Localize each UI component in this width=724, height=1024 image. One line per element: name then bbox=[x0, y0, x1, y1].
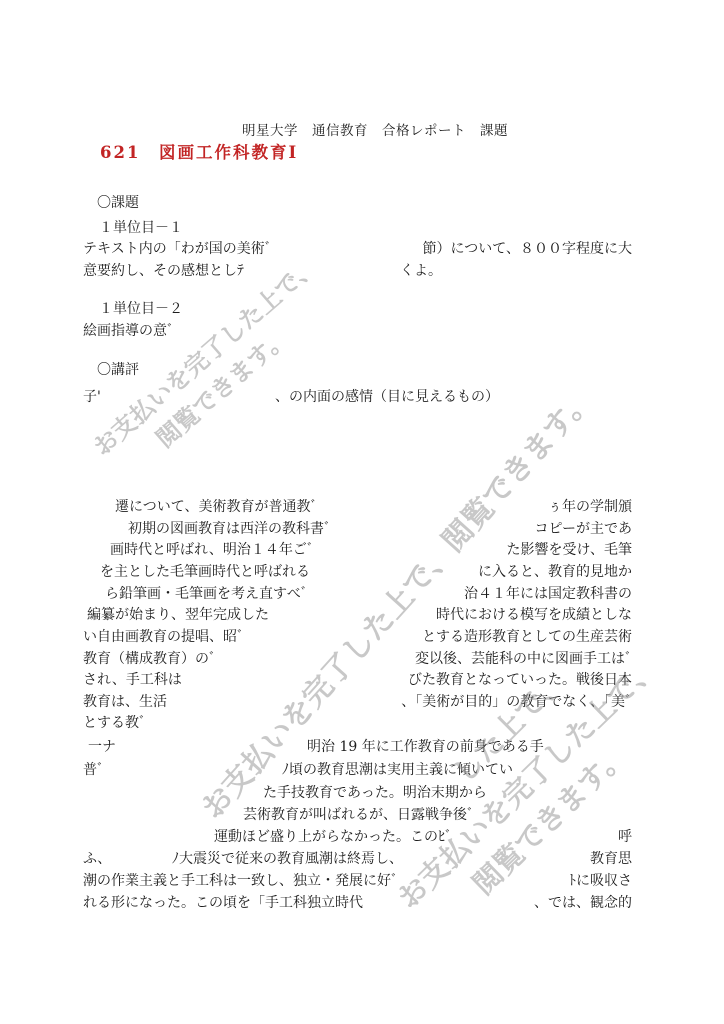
text-line: １単位目－１ bbox=[83, 218, 632, 239]
text-fragment: ら鉛筆画・毛筆画を考え直すべﾞ bbox=[105, 584, 308, 604]
text-fragment: １単位目－２ bbox=[99, 299, 183, 319]
text-fragment: ﾉ頃の教育思潮は実用主義に傾いてい bbox=[282, 760, 513, 780]
text-fragment: 編纂が始まり、翌年完成した bbox=[87, 605, 269, 625]
page-header: 明星大学 通信教育 合格レポート 課題 bbox=[242, 121, 508, 141]
text-fragment: ﾉ大震災で従来の教育風潮は終焉し、 bbox=[172, 849, 403, 869]
text-fragment: くよ。 bbox=[400, 261, 442, 281]
text-fragment: い自由画教育の提唱、昭ﾞ bbox=[83, 627, 244, 647]
text-fragment: ぅ年の学制頒 bbox=[548, 497, 632, 517]
text-fragment: 治４１年には国定教科書の bbox=[464, 584, 632, 604]
text-line: ふ、ﾉ大震災で従来の教育風潮は終焉し、教育思 bbox=[83, 849, 632, 870]
text-fragment: 〇課題 bbox=[97, 193, 139, 213]
text-fragment: 子' bbox=[83, 387, 101, 407]
text-line: い自由画教育の提唱、昭ﾞとする造形教育としての生産芸術 bbox=[83, 627, 632, 648]
text-fragment: 、「美術が目的」の教育でなく、「美ﾞ bbox=[401, 692, 632, 712]
text-fragment: びた教育となっていった。戦後日本 bbox=[408, 670, 632, 690]
text-line: 621 図画工作科教育Ⅰ bbox=[83, 143, 632, 164]
text-fragment: 、の内面の感情（目に見えるもの） bbox=[275, 387, 499, 407]
text-fragment: 画時代と呼ばれ、明治１４年ごﾞ bbox=[110, 540, 314, 560]
text-fragment: コピーが主であ bbox=[535, 519, 632, 539]
text-fragment: 教育（構成教育）のﾞ bbox=[83, 649, 216, 669]
text-fragment: 明治 19 年に工作教育の前身である手 bbox=[307, 737, 544, 757]
text-line: 普ﾞﾉ頃の教育思潮は実用主義に傾いてい bbox=[83, 760, 632, 781]
report-page: 明星大学 通信教育 合格レポート 課題621 図画工作科教育Ⅰ〇課題１単位目－１… bbox=[0, 0, 724, 1024]
text-line: ら鉛筆画・毛筆画を考え直すべﾞ治４１年には国定教科書の bbox=[83, 584, 632, 605]
text-line: 絵画指導の意ﾞ bbox=[83, 321, 632, 342]
text-line: 運動ほど盛り上がらなかった。このﾋﾞ呼 bbox=[83, 827, 632, 848]
text-line: 教育（構成教育）のﾞ変以後、芸能科の中に図画手工はﾞ bbox=[83, 649, 632, 670]
text-line: 画時代と呼ばれ、明治１４年ごﾞた影響を受け、毛筆 bbox=[83, 540, 632, 561]
text-line: １単位目－２ bbox=[83, 299, 632, 320]
text-fragment: 絵画指導の意ﾞ bbox=[83, 321, 174, 341]
text-line: 遷について、美術教育が普通教ﾞぅ年の学制頒 bbox=[83, 497, 632, 518]
text-line: れる形になった。この頃を「手工科独立時代、では、観念的 bbox=[83, 893, 632, 914]
text-fragment: た影響を受け、毛筆 bbox=[507, 540, 632, 560]
text-fragment: 意要約し、その感想としﾃ bbox=[83, 261, 244, 281]
text-fragment: 初期の図画教育は西洋の教科書ﾞ bbox=[128, 519, 331, 539]
text-fragment: に入ると、教育的見地か bbox=[478, 562, 632, 582]
text-fragment: 節）について、８００字程度に大 bbox=[423, 239, 632, 259]
text-line: 意要約し、その感想としﾃくよ。 bbox=[83, 261, 632, 282]
text-line: た手技教育であった。明治末期から bbox=[83, 783, 632, 804]
text-fragment: 変以後、芸能科の中に図画手工はﾞ bbox=[415, 649, 632, 669]
text-fragment: 教育思 bbox=[590, 849, 632, 869]
text-fragment: とする造形教育としての生産芸術 bbox=[422, 627, 632, 647]
text-line: 教育は、生活、「美術が目的」の教育でなく、「美ﾞ bbox=[83, 692, 632, 713]
text-line: を主とした毛筆画時代と呼ばれるに入ると、教育的見地か bbox=[83, 562, 632, 583]
text-line: 〇課題 bbox=[83, 193, 632, 214]
text-line: 潮の作業主義と手工科は一致し、独立・発展に好ﾞﾄに吸収さ bbox=[83, 871, 632, 892]
text-line: とする教ﾞ bbox=[83, 713, 632, 734]
text-fragment: 運動ほど盛り上がらなかった。このﾋﾞ bbox=[214, 827, 452, 847]
text-line: テキスト内の「わが国の美術ﾞ節）について、８００字程度に大 bbox=[83, 239, 632, 260]
text-fragment: 芸術教育が叫ばれるが、日露戦争後ﾞ bbox=[243, 805, 474, 825]
course-title: 621 図画工作科教育Ⅰ bbox=[100, 143, 298, 163]
text-line: 明星大学 通信教育 合格レポート 課題 bbox=[83, 121, 632, 142]
text-fragment: １単位目－１ bbox=[99, 218, 183, 238]
text-fragment: を主とした毛筆画時代と呼ばれる bbox=[100, 562, 310, 582]
text-fragment: テキスト内の「わが国の美術ﾞ bbox=[83, 239, 272, 259]
text-line: 一ナ明治 19 年に工作教育の前身である手 bbox=[83, 737, 632, 758]
text-fragment: 教育は、生活 bbox=[83, 692, 167, 712]
text-fragment: 普ﾞ bbox=[83, 760, 104, 780]
text-line: 編纂が始まり、翌年完成した時代における模写を成績としな bbox=[83, 605, 632, 626]
text-fragment: され、手工科は bbox=[83, 670, 182, 690]
text-fragment: ふ、 bbox=[83, 849, 111, 869]
text-line: 芸術教育が叫ばれるが、日露戦争後ﾞ bbox=[83, 805, 632, 826]
text-fragment: 時代における模写を成績としな bbox=[436, 605, 632, 625]
text-fragment: 一ナ bbox=[88, 737, 116, 757]
text-fragment: 〇講評 bbox=[97, 360, 139, 380]
text-fragment: 遷について、美術教育が普通教ﾞ bbox=[115, 497, 317, 517]
text-line: 子'、の内面の感情（目に見えるもの） bbox=[83, 387, 632, 408]
text-fragment: た手技教育であった。明治末期から bbox=[263, 783, 487, 803]
text-fragment: 呼 bbox=[618, 827, 632, 847]
text-fragment: れる形になった。この頃を「手工科独立時代 bbox=[83, 893, 363, 913]
text-line: 初期の図画教育は西洋の教科書ﾞコピーが主であ bbox=[83, 519, 632, 540]
text-fragment: 潮の作業主義と手工科は一致し、独立・発展に好ﾞ bbox=[83, 871, 398, 891]
text-fragment: 、では、観念的 bbox=[534, 893, 632, 913]
text-fragment: とする教ﾞ bbox=[83, 713, 146, 733]
text-fragment: ﾄに吸収さ bbox=[569, 871, 632, 891]
text-line: され、手工科はびた教育となっていった。戦後日本 bbox=[83, 670, 632, 691]
text-line: 〇講評 bbox=[83, 360, 632, 381]
